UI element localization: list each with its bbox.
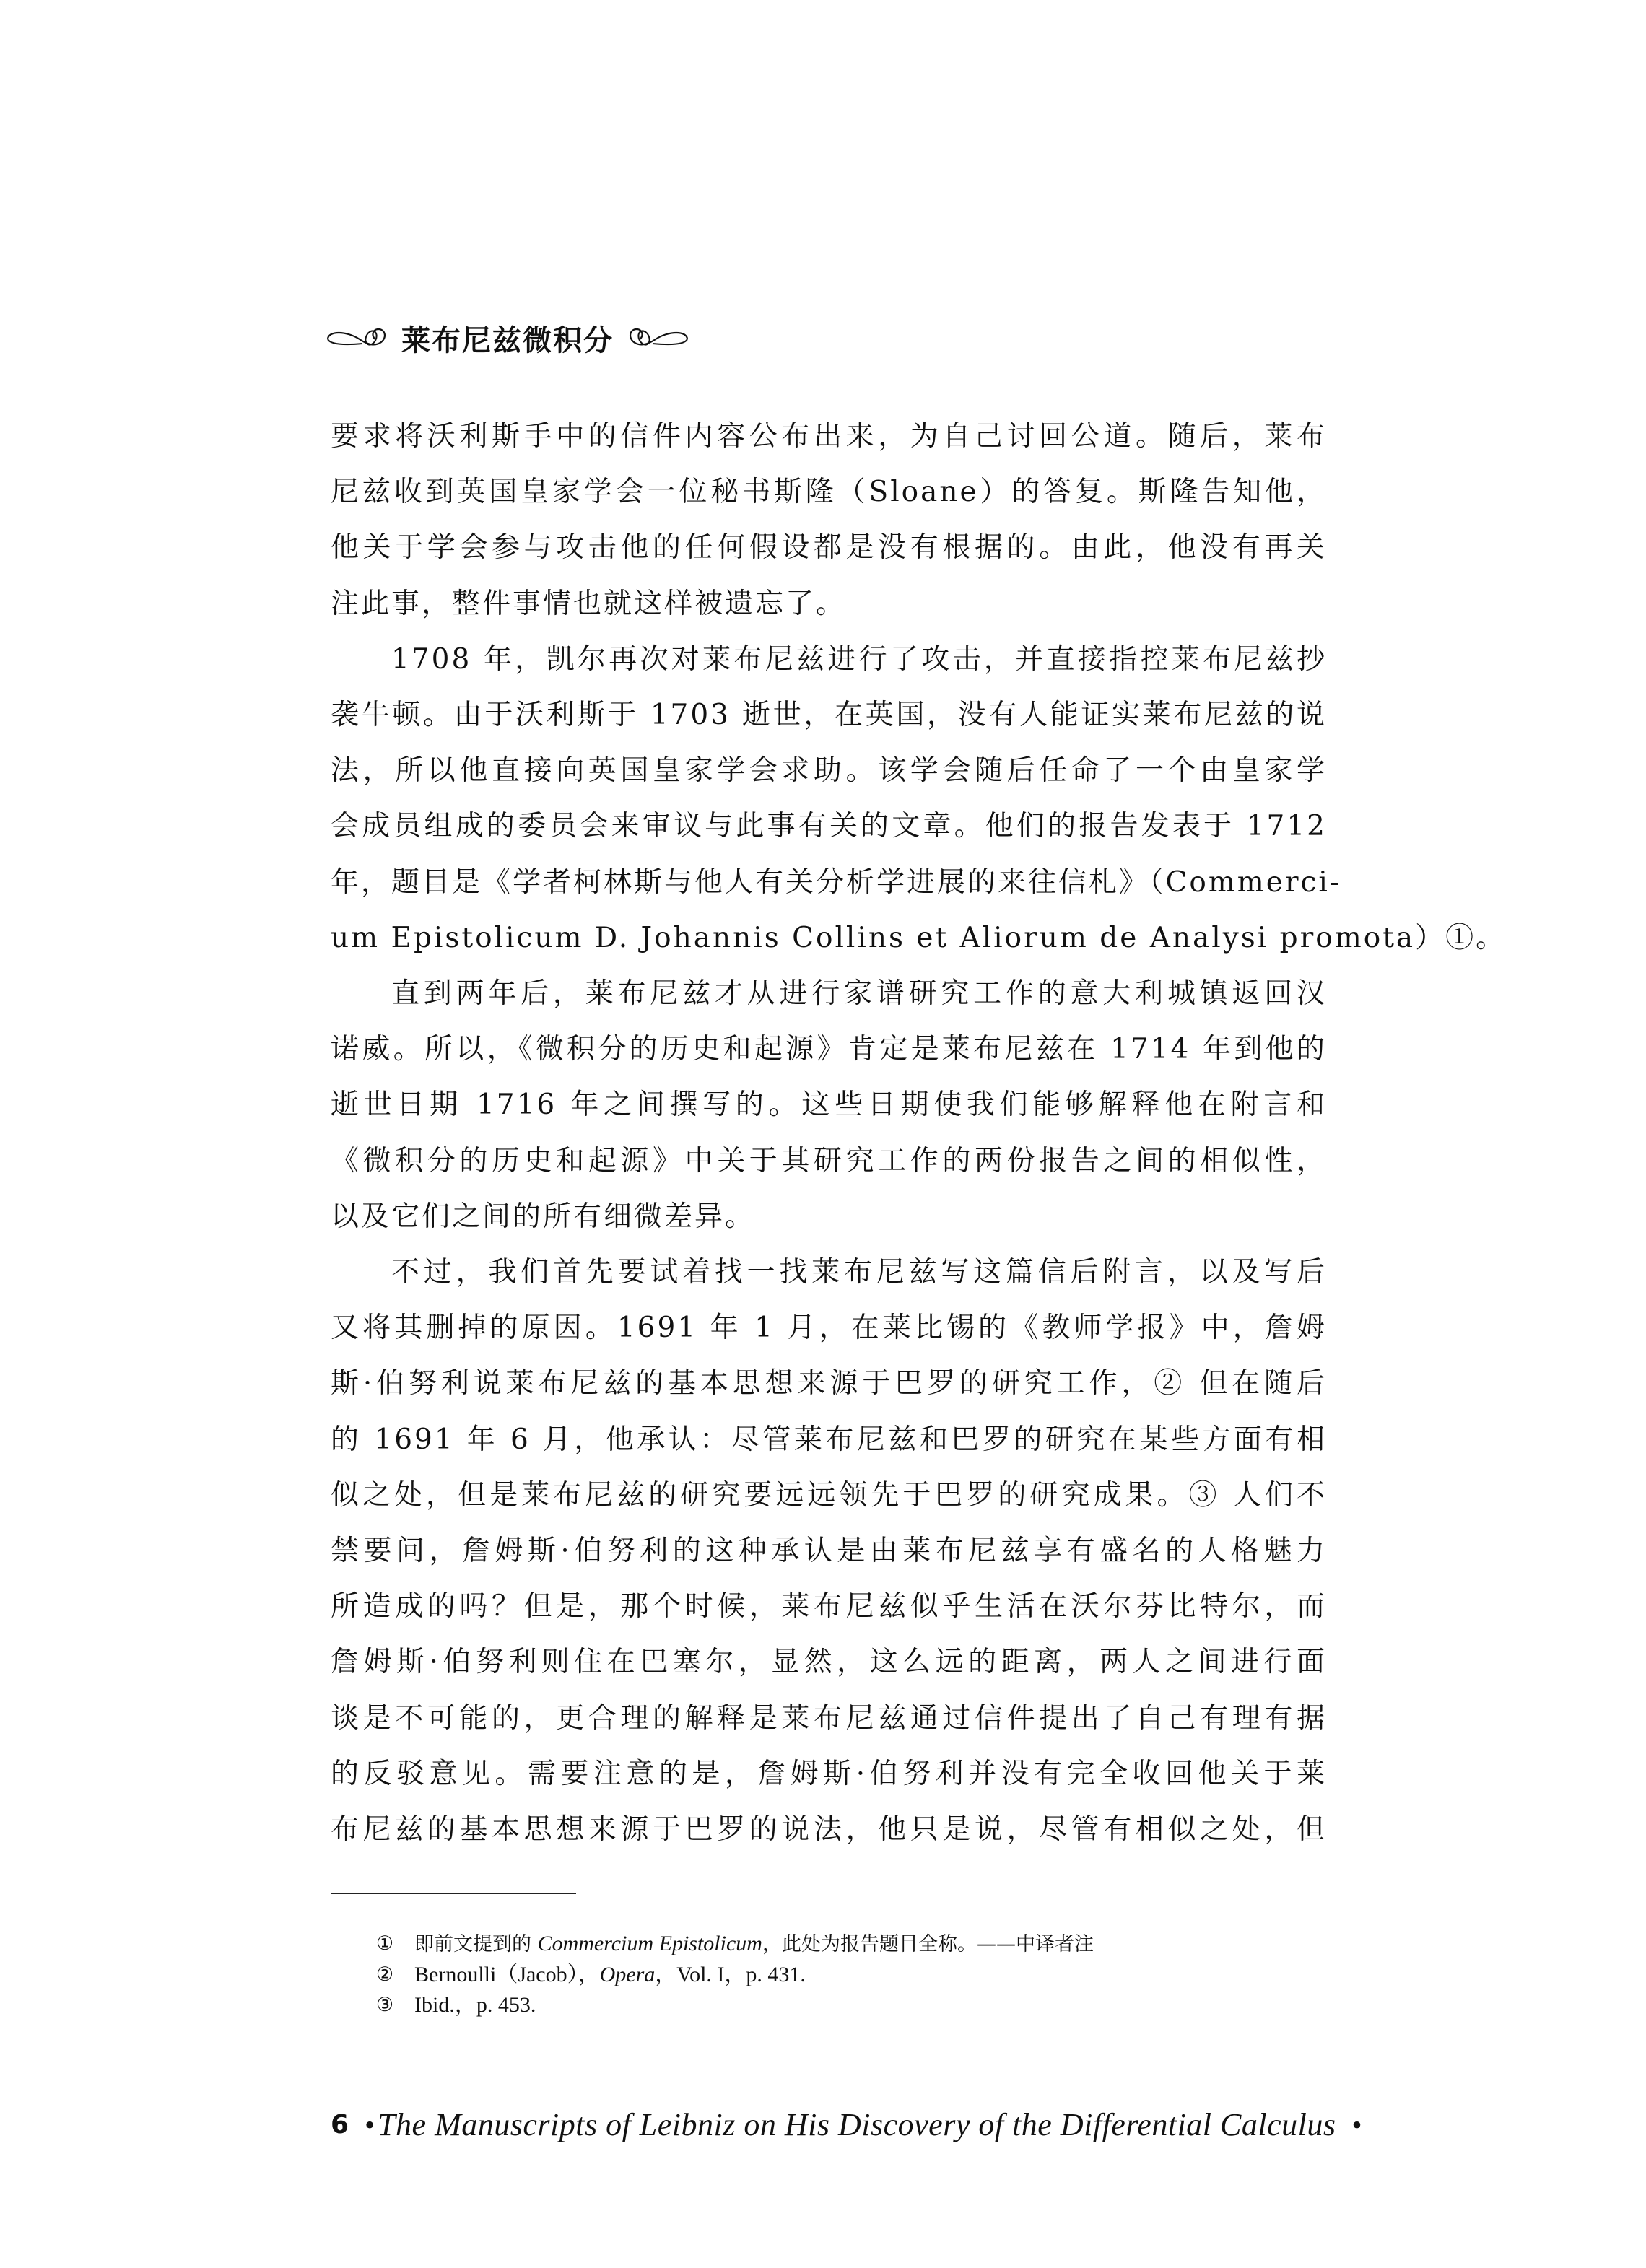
paragraph-3: 直到两年后，莱布尼兹才从进行家谱研究工作的意大利城镇返回汉 诺威。所以，《微积分… (331, 966, 1327, 1244)
footnote-italic: Opera (600, 1963, 656, 1986)
footnote-text-post: ，此处为报告题目全称。——中译者注 (762, 1933, 1094, 1955)
text-line: 袭牛顿。由于沃利斯于 1703 逝世，在英国，没有人能证实莱布尼兹的说 (331, 687, 1327, 743)
page-number: 6 (331, 2110, 349, 2140)
text-line: 詹姆斯·伯努利则住在巴塞尔，显然，这么远的距离，两人之间进行面 (331, 1634, 1327, 1690)
footnote-3: ③ Ibid.，p. 453. (374, 1990, 1312, 2020)
text-line: 的反驳意见。需要注意的是，詹姆斯·伯努利并没有完全收回他关于莱 (331, 1746, 1327, 1802)
text-line: 又将其删掉的原因。1691 年 1 月，在莱比锡的《教师学报》中，詹姆 (331, 1300, 1327, 1356)
text-line: 年，题目是《学者柯林斯与他人有关分析学进展的来往信札》（Commerci- (331, 855, 1327, 910)
footnote-text-pre: 即前文提到的 (414, 1933, 538, 1955)
text-line: 会成员组成的委员会来审议与此事有关的文章。他们的报告发表于 1712 (331, 798, 1327, 854)
footnote-marker: ① (374, 1929, 396, 1960)
text-line: 尼兹收到英国皇家学会一位秘书斯隆（Sloane）的答复。斯隆告知他， (331, 464, 1327, 520)
footnote-marker: ② (374, 1960, 396, 1990)
text-line: um Epistolicum D. Johannis Collins et Al… (331, 910, 1327, 966)
text-line: 禁要问，詹姆斯·伯努利的这种承认是由莱布尼兹享有盛名的人格魅力 (331, 1523, 1327, 1579)
footnote-text-post: ，Vol. I，p. 431. (655, 1963, 806, 1986)
footnotes: ① 即前文提到的 Commercium Epistolicum，此处为报告题目全… (374, 1929, 1312, 2020)
page-footer: 6 • The Manuscripts of Leibniz on His Di… (331, 2099, 1362, 2150)
text-line: 诺威。所以，《微积分的历史和起源》肯定是莱布尼兹在 1714 年到他的 (331, 1021, 1327, 1077)
text-line: 《微积分的历史和起源》中关于其研究工作的两份报告之间的相似性， (331, 1133, 1327, 1189)
footnote-2: ② Bernoulli（Jacob），Opera，Vol. I，p. 431. (374, 1960, 1312, 1990)
footnote-1: ① 即前文提到的 Commercium Epistolicum，此处为报告题目全… (374, 1929, 1312, 1960)
text-line: 要求将沃利斯手中的信件内容公布出来，为自己讨回公道。随后，莱布 (331, 409, 1327, 464)
text-line: 法，所以他直接向英国皇家学会求助。该学会随后任命了一个由皇家学 (331, 743, 1327, 798)
body-text: 要求将沃利斯手中的信件内容公布出来，为自己讨回公道。随后，莱布 尼兹收到英国皇家… (331, 409, 1327, 1857)
text-line: 斯·伯努利说莱布尼兹的基本思想来源于巴罗的研究工作，② 但在随后 (331, 1356, 1327, 1411)
footnote-text: Bernoulli（Jacob），Opera，Vol. I，p. 431. (414, 1960, 806, 1990)
footnote-italic: Commercium Epistolicum (538, 1932, 762, 1955)
paragraph-2: 1708 年，凯尔再次对莱布尼兹进行了攻击，并直接指控莱布尼兹抄 袭牛顿。由于沃… (331, 632, 1327, 966)
text-line: 布尼兹的基本思想来源于巴罗的说法，他只是说，尽管有相似之处，但 (331, 1802, 1327, 1857)
footnote-text: 即前文提到的 Commercium Epistolicum，此处为报告题目全称。… (414, 1929, 1094, 1960)
flourish-ornament-right-icon (624, 323, 690, 352)
footnote-text-pre: Bernoulli（Jacob）， (414, 1963, 600, 1986)
footnote-text: Ibid.，p. 453. (414, 1990, 536, 2020)
text-line: 不过，我们首先要试着找一找莱布尼兹写这篇信后附言，以及写后 (331, 1244, 1327, 1300)
footnote-text-pre: Ibid.，p. 453. (414, 1993, 536, 2017)
text-line: 1708 年，凯尔再次对莱布尼兹进行了攻击，并直接指控莱布尼兹抄 (331, 632, 1327, 687)
text-line: 以及它们之间的所有细微差异。 (331, 1189, 1327, 1244)
text-line: 谈是不可能的，更合理的解释是莱布尼兹通过信件提出了自己有理有据 (331, 1691, 1327, 1746)
book-title: The Manuscripts of Leibniz on His Discov… (378, 2106, 1336, 2143)
paragraph-1: 要求将沃利斯手中的信件内容公布出来，为自己讨回公道。随后，莱布 尼兹收到英国皇家… (331, 409, 1327, 632)
paragraph-4: 不过，我们首先要试着找一找莱布尼兹写这篇信后附言，以及写后 又将其删掉的原因。1… (331, 1244, 1327, 1857)
text-line: 逝世日期 1716 年之间撰写的。这些日期使我们能够解释他在附言和 (331, 1077, 1327, 1133)
text-line: 似之处，但是莱布尼兹的研究要远远领先于巴罗的研究成果。③ 人们不 (331, 1467, 1327, 1523)
text-line: 的 1691 年 6 月，他承认：尽管莱布尼兹和巴罗的研究在某些方面有相 (331, 1412, 1327, 1467)
footnote-divider (331, 1893, 576, 1894)
bullet-icon: • (365, 2108, 375, 2142)
text-line: 注此事，整件事情也就这样被遗忘了。 (331, 576, 1327, 632)
bullet-icon: • (1351, 2108, 1362, 2142)
text-line: 直到两年后，莱布尼兹才从进行家谱研究工作的意大利城镇返回汉 (331, 966, 1327, 1021)
running-head: 莱布尼兹微积分 (325, 316, 690, 359)
flourish-ornament-left-icon (325, 323, 391, 352)
running-head-title: 莱布尼兹微积分 (401, 318, 614, 359)
footnote-marker: ③ (374, 1990, 396, 2020)
text-line: 他关于学会参与攻击他的任何假设都是没有根据的。由此，他没有再关 (331, 520, 1327, 575)
text-line: 所造成的吗？但是，那个时候，莱布尼兹似乎生活在沃尔芬比特尔，而 (331, 1579, 1327, 1634)
